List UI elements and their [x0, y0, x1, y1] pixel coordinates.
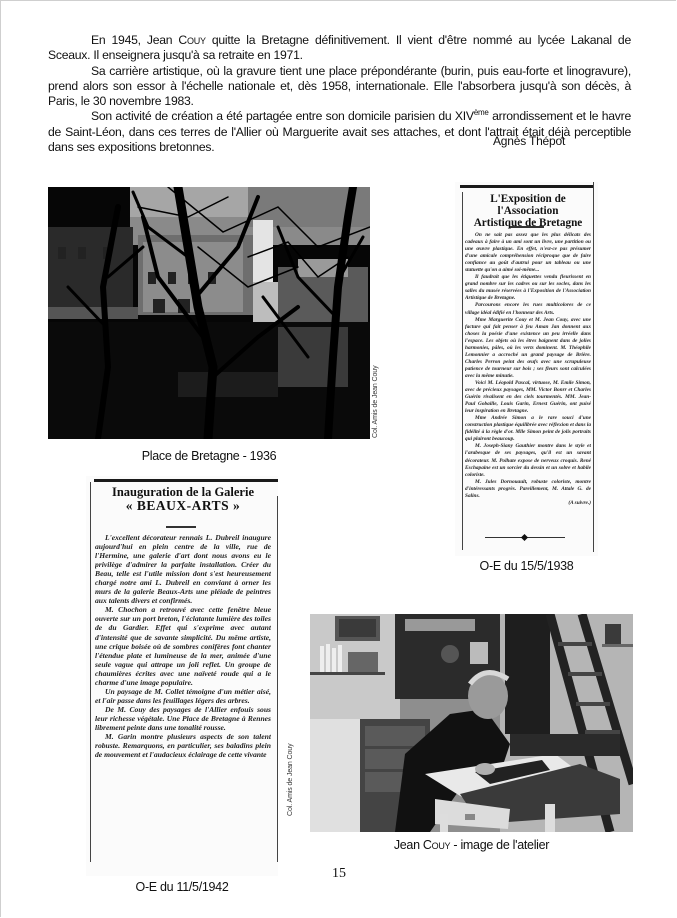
clipping-title-separator	[166, 526, 196, 528]
paragraph-1-text-a: En 1945, Jean	[91, 33, 178, 47]
clipping-1938-paragraph: On ne sait pas assez que les plus délica…	[465, 232, 591, 274]
clipping-1942-paragraph: L'excellent décorateur rennais L. Dubrei…	[95, 533, 271, 605]
clipping-right-rule	[277, 496, 278, 862]
clipping-1942-title: Inauguration de la Galerie « BEAUX-ARTS …	[93, 486, 273, 513]
clipping-1938-title-line-1: L'Exposition de l'Association	[464, 194, 592, 218]
superscript: ème	[474, 108, 489, 117]
clipping-1938-paragraph: Voici M. Léopold Pascal, virtuose, M. Em…	[465, 380, 591, 415]
paragraph-2: Sa carrière artistique, où la gravure ti…	[48, 64, 631, 110]
clipping-1942-paragraph: M. Garin montre plusieurs aspects de son…	[95, 732, 271, 759]
newspaper-clipping-1942: Inauguration de la Galerie « BEAUX-ARTS …	[86, 476, 278, 876]
atelier-caption-name: Couy	[423, 838, 450, 852]
clipping-1938-caption: O-E du 15/5/1938	[455, 559, 598, 573]
painting-image	[48, 187, 370, 439]
newspaper-clipping-1938: L'Exposition de l'Association Artistique…	[455, 182, 598, 556]
clipping-1938-paragraph: Mme Andrée Simon a le rare souci d'une c…	[465, 415, 591, 443]
atelier-photo-credit: Col. Amis de Jean Couy	[287, 743, 294, 816]
painting-credit: Col. Amis de Jean Couy	[372, 365, 379, 438]
clipping-end-ornament	[521, 534, 528, 541]
paragraph-1: En 1945, Jean Couy quitte la Bretagne dé…	[48, 33, 631, 64]
atelier-caption-text-a: Jean	[394, 838, 423, 852]
paragraph-3: Son activité de création a été partagée …	[48, 109, 631, 155]
clipping-1938-paragraph: Il faudrait que les étiquettes vendu fle…	[465, 274, 591, 302]
clipping-1938-body: On ne sait pas assez que les plus délica…	[465, 232, 591, 522]
artist-name: Couy	[178, 33, 205, 47]
clipping-top-rule	[460, 185, 593, 188]
atelier-photo-image	[310, 614, 633, 832]
atelier-caption-text-b: - image de l'atelier	[450, 838, 549, 852]
painting-place-de-bretagne	[48, 187, 370, 439]
clipping-1942-paragraph: Un paysage de M. Collet témoigne d'un mé…	[95, 687, 271, 705]
clipping-top-rule	[94, 479, 278, 482]
author-signature: Agnès Thépot	[493, 134, 565, 148]
clipping-1938-paragraph: Mme Marguerite Couy et M. Jean Couy, ave…	[465, 317, 591, 380]
clipping-1942-paragraph: De M. Couy des paysages de l'Allier enfo…	[95, 705, 271, 732]
clipping-1942-title-line-2: « BEAUX-ARTS »	[93, 499, 273, 513]
page-number: 15	[332, 866, 346, 882]
clipping-1938-title: L'Exposition de l'Association Artistique…	[464, 194, 592, 229]
clipping-right-rule	[593, 182, 594, 552]
atelier-photo	[310, 614, 633, 832]
clipping-1938-paragraph: M. Joseph-Siany Gauthier montre dans le …	[465, 443, 591, 478]
painting-caption: Place de Bretagne - 1936	[48, 449, 370, 463]
atelier-photo-caption: Jean Couy - image de l'atelier	[310, 838, 633, 852]
paragraph-3-text-a: Son activité de création a été partagée …	[91, 109, 474, 123]
clipping-title-separator	[510, 226, 544, 228]
clipping-1942-body: L'excellent décorateur rennais L. Dubrei…	[95, 533, 271, 863]
clipping-1938-continued: (A suivre.)	[465, 500, 591, 507]
clipping-1938-paragraph: M. Jules Dornouault, robuste coloriste, …	[465, 479, 591, 500]
clipping-left-rule	[90, 482, 91, 862]
clipping-left-rule	[462, 192, 463, 550]
clipping-1942-caption: O-E du 11/5/1942	[86, 880, 278, 894]
clipping-1938-paragraph: Parcourons encore les rues multicolores …	[465, 302, 591, 316]
clipping-1942-paragraph: M. Chochon a retrouvé avec cette fenêtre…	[95, 605, 271, 686]
